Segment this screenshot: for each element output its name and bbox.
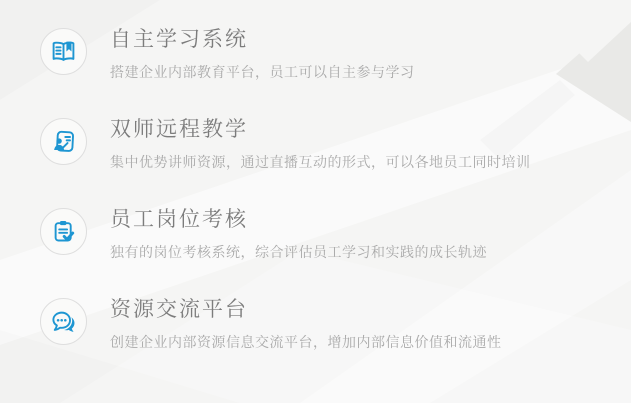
feature-title: 员工岗位考核 [110, 208, 487, 231]
feature-title: 自主学习系统 [110, 28, 415, 51]
feature-description: 集中优势讲师资源，通过直播互动的形式，可以各地员工同时培训 [110, 154, 531, 171]
chat-bubbles-icon [40, 298, 87, 345]
feature-row-remote-teaching: 双师远程教学 集中优势讲师资源，通过直播互动的形式，可以各地员工同时培训 [40, 118, 600, 171]
feature-title: 资源交流平台 [110, 298, 502, 321]
feature-description: 独有的岗位考核系统，综合评估员工学习和实践的成长轨迹 [110, 244, 487, 261]
feature-description: 创建企业内部资源信息交流平台，增加内部信息价值和流通性 [110, 334, 502, 351]
teacher-board-icon [40, 118, 87, 165]
feature-title: 双师远程教学 [110, 118, 531, 141]
open-book-icon [40, 28, 87, 75]
feature-row-resource-platform: 资源交流平台 创建企业内部资源信息交流平台，增加内部信息价值和流通性 [40, 298, 600, 351]
feature-row-self-learning: 自主学习系统 搭建企业内部教育平台，员工可以自主参与学习 [40, 28, 600, 81]
feature-row-assessment: 员工岗位考核 独有的岗位考核系统，综合评估员工学习和实践的成长轨迹 [40, 208, 600, 261]
clipboard-check-icon [40, 208, 87, 255]
feature-list: 自主学习系统 搭建企业内部教育平台，员工可以自主参与学习 双师远程教学 集中优势… [40, 28, 600, 388]
feature-description: 搭建企业内部教育平台，员工可以自主参与学习 [110, 64, 415, 81]
